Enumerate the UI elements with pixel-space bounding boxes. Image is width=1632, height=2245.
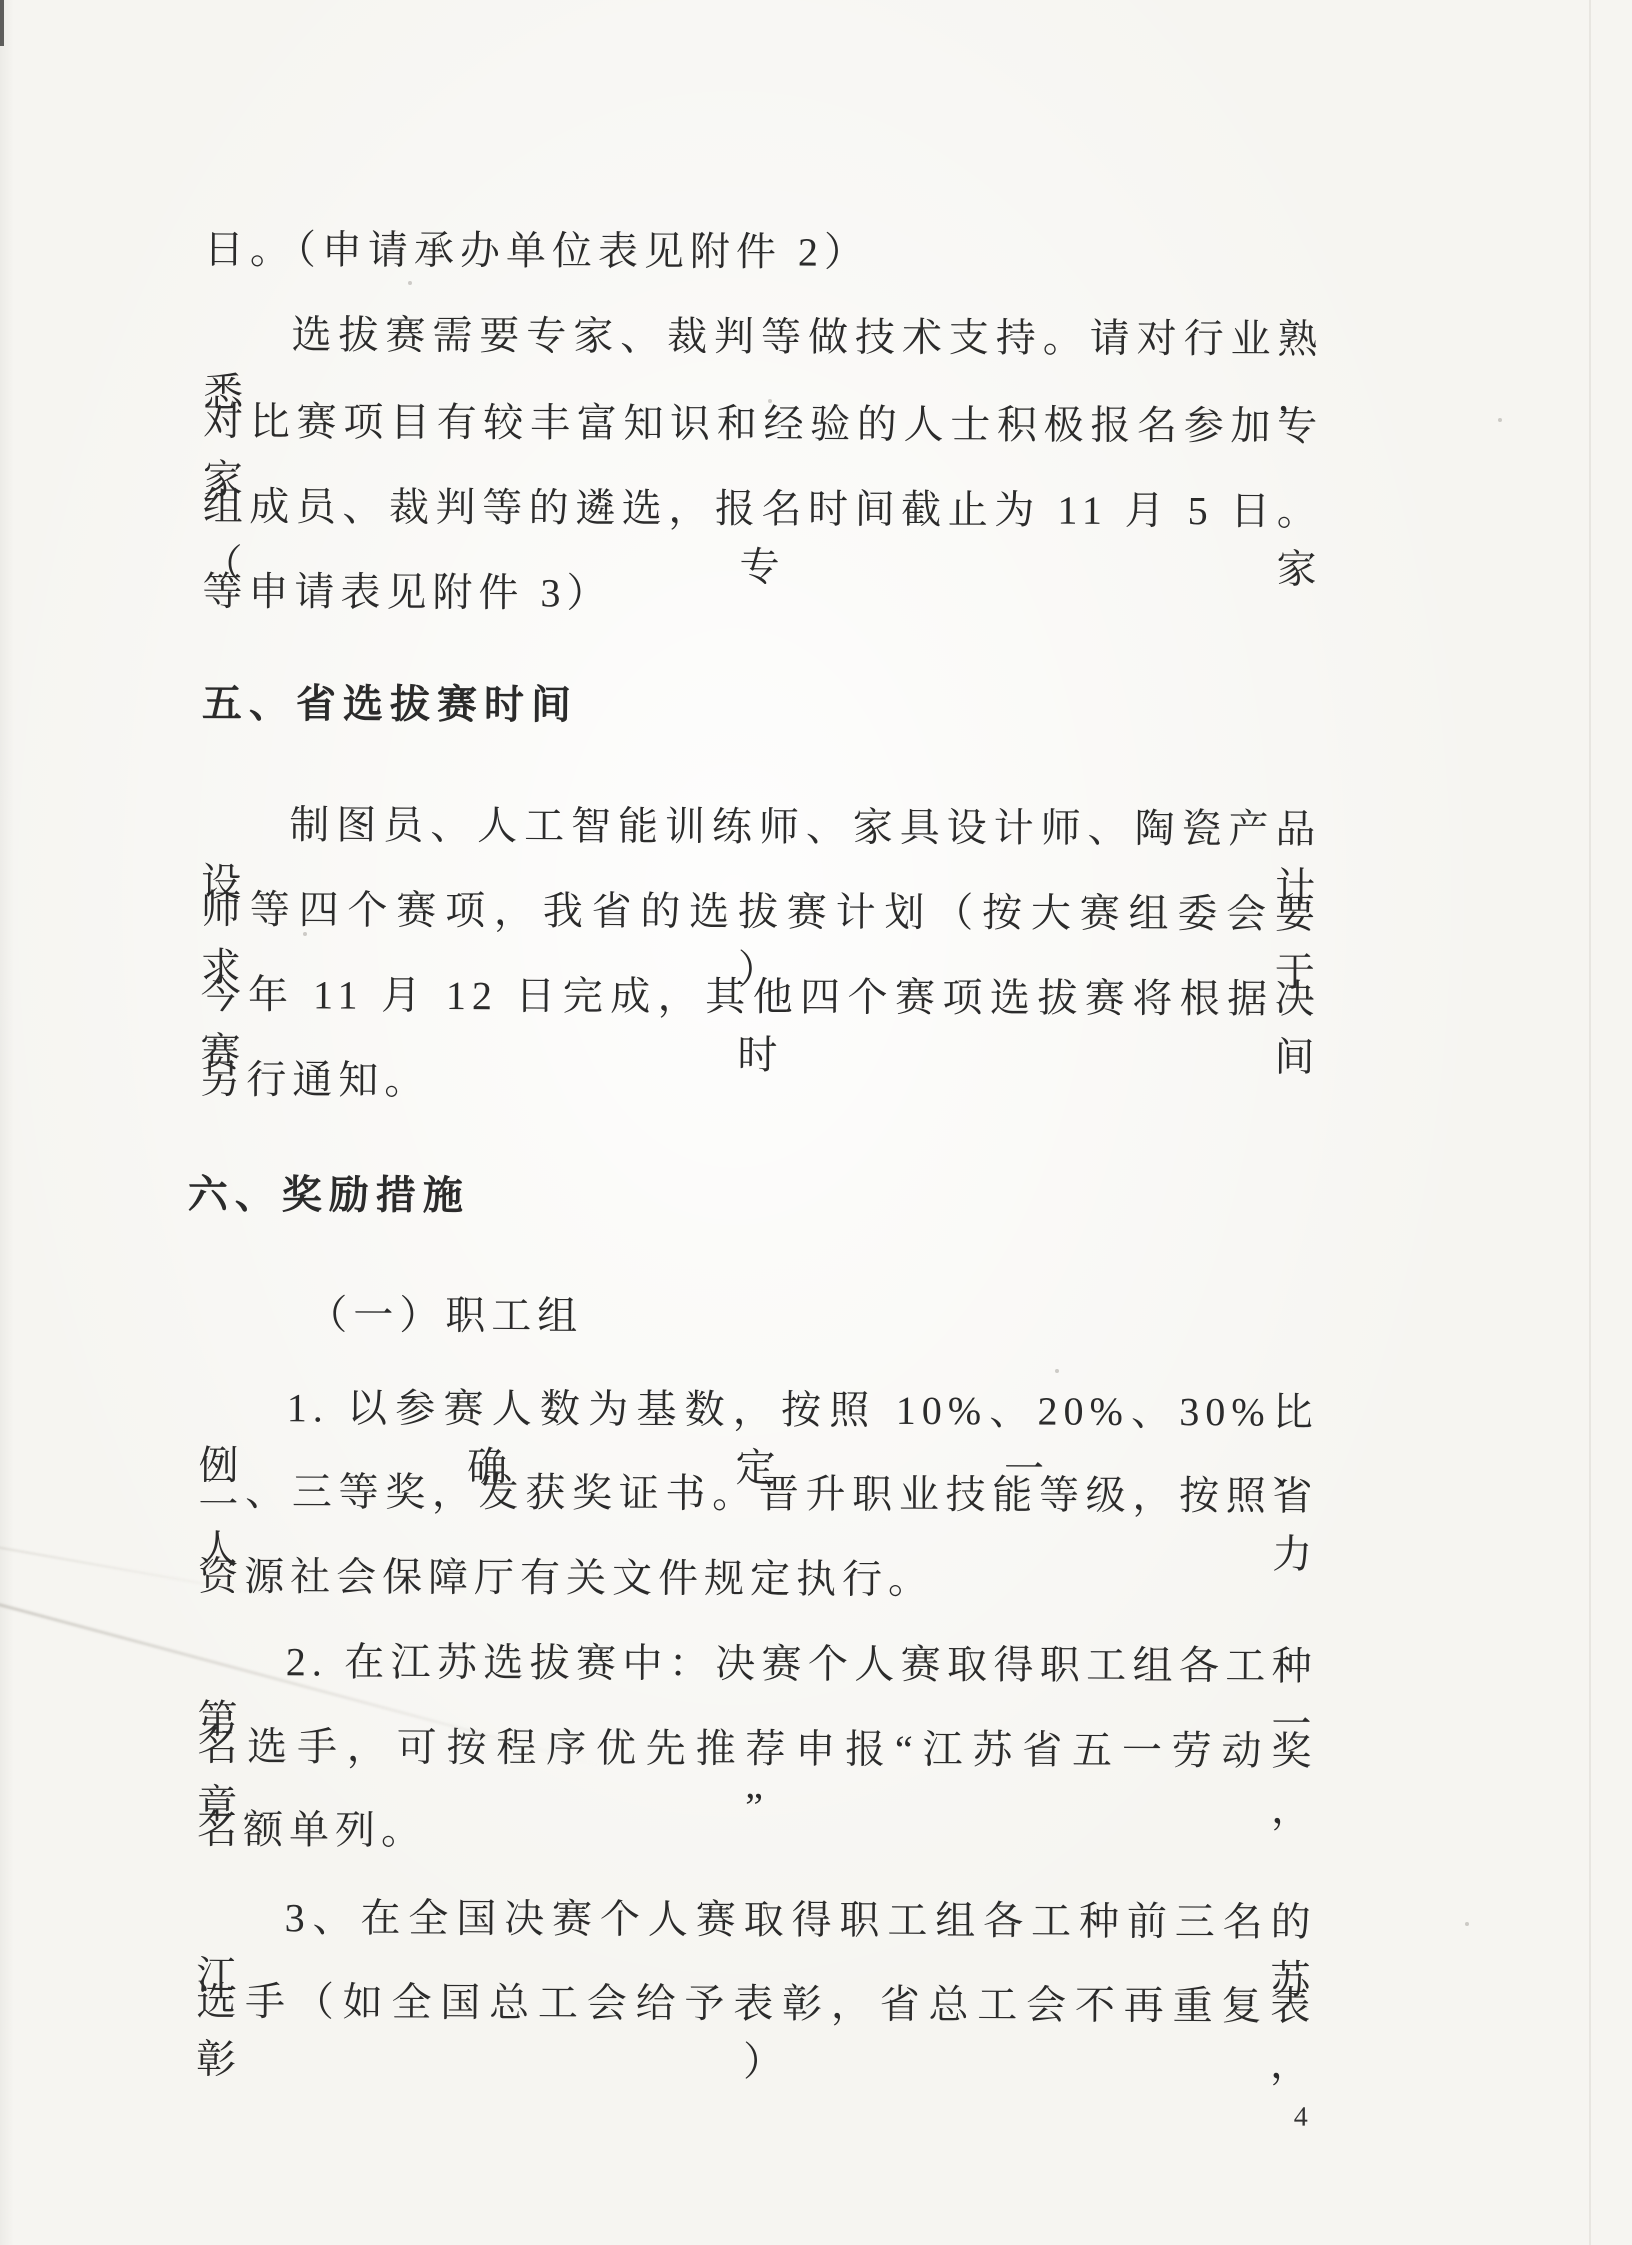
scan-edge-mark (0, 0, 4, 46)
doc-line: 等申请表见附件 3） (202, 563, 1322, 626)
page-number: 4 (1294, 2102, 1308, 2134)
paper-speck (303, 932, 307, 936)
doc-line: 日。（申请承办单位表见附件 2） (204, 221, 1324, 284)
paper-speck (1498, 418, 1502, 422)
doc-line: 资源社会保障厅有关文件规定执行。 (198, 1548, 1318, 1611)
section-heading-5: 五、省选拔赛时间 (202, 675, 1322, 738)
section-heading-6: 六、奖励措施 (188, 1166, 1308, 1229)
document-page: 日。（申请承办单位表见附件 2） 选拔赛需要专家、裁判等做技术支持。请对行业熟悉… (0, 0, 1632, 2245)
paper-speck (408, 281, 412, 285)
doc-line: 名额单列。 (197, 1801, 1317, 1864)
scan-streak (1589, 0, 1591, 2245)
paper-speck (1465, 1922, 1469, 1926)
doc-line: 另行通知。 (200, 1051, 1320, 1114)
paper-speck (768, 399, 772, 403)
subsection-heading: （一）职工组 (199, 1286, 1319, 1349)
doc-line: 选手（如全国总工会给予表彰，省总工会不再重复表彰）， (196, 1973, 1316, 2094)
paper-speck (1055, 1369, 1059, 1373)
